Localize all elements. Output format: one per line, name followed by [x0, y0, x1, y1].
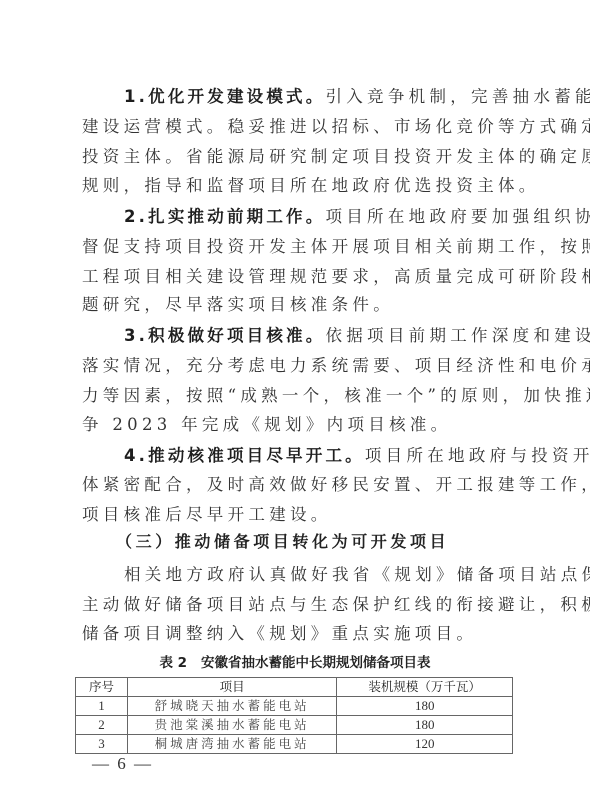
paragraph-4-line-1: 4.推动核准项目尽早开工。项目所在地政府与投资开发主 — [124, 444, 554, 468]
paragraph-2-line-4: 题研究，尽早落实项目核准条件。 — [82, 293, 512, 317]
paragraph-2-heading: 2.扎实推动前期工作。 — [124, 207, 325, 226]
paragraph-4-line-2: 体紧密配合，及时高效做好移民安置、开工报建等工作，确保 — [82, 473, 512, 497]
header-index: 序号 — [76, 678, 128, 697]
paragraph-1-line-3: 投资主体。省能源局研究制定项目投资开发主体的确定原则及 — [82, 145, 512, 169]
cell-capacity: 120 — [337, 735, 513, 754]
cell-capacity: 180 — [337, 716, 513, 735]
paragraph-1-line-4: 规则，指导和监督项目所在地政府优选投资主体。 — [82, 174, 512, 198]
document-page: 1.优化开发建设模式。引入竞争机制，完善抽水蓄能电站 建设运营模式。稳妥推进以招… — [0, 0, 590, 800]
cell-index: 1 — [76, 697, 128, 716]
section-heading: （三）推动储备项目转化为可开发项目 — [116, 530, 449, 554]
section-paragraph-line-2: 主动做好储备项目站点与生态保护红线的衔接避让，积极推动 — [82, 593, 512, 617]
paragraph-3-heading: 3.积极做好项目核准。 — [124, 326, 325, 345]
paragraph-2-line-2: 督促支持项目投资开发主体开展项目相关前期工作，按照水电 — [82, 235, 512, 259]
table-caption: 表 2安徽省抽水蓄能中长期规划储备项目表 — [0, 653, 590, 673]
reserve-projects-table: 序号 项目 装机规模（万千瓦） 1 舒城晓天抽水蓄能电站 180 2 贵池棠溪抽… — [75, 677, 513, 754]
paragraph-1-line-2: 建设运营模式。稳妥推进以招标、市场化竞价等方式确定项目 — [82, 115, 512, 139]
cell-project: 贵池棠溪抽水蓄能电站 — [127, 716, 336, 735]
cell-index: 2 — [76, 716, 128, 735]
paragraph-3-line-3: 力等因素，按照“成熟一个，核准一个”的原则，加快推进，力 — [82, 384, 512, 408]
table-row: 3 桐城唐湾抽水蓄能电站 120 — [76, 735, 513, 754]
cell-project: 桐城唐湾抽水蓄能电站 — [127, 735, 336, 754]
section-paragraph-line-3: 储备项目调整纳入《规划》重点实施项目。 — [82, 622, 512, 646]
table-label: 表 2 — [159, 655, 187, 671]
table-row: 1 舒城晓天抽水蓄能电站 180 — [76, 697, 513, 716]
paragraph-1-heading: 1.优化开发建设模式。 — [124, 87, 325, 106]
cell-capacity: 180 — [337, 697, 513, 716]
paragraph-1-line-1: 1.优化开发建设模式。引入竞争机制，完善抽水蓄能电站 — [124, 85, 554, 109]
paragraph-3-line-2: 落实情况，充分考虑电力系统需要、项目经济性和电价承受能 — [82, 354, 512, 378]
paragraph-4-heading: 4.推动核准项目尽早开工。 — [124, 446, 365, 465]
header-capacity: 装机规模（万千瓦） — [337, 678, 513, 697]
paragraph-3-line-4: 争 2023 年完成《规划》内项目核准。 — [82, 413, 512, 437]
cell-project: 舒城晓天抽水蓄能电站 — [127, 697, 336, 716]
page-number: — 6 — — [92, 754, 153, 774]
paragraph-2-line-3: 工程项目相关建设管理规范要求，高质量完成可研阶段相关专 — [82, 265, 512, 289]
section-paragraph-line-1: 相关地方政府认真做好我省《规划》储备项目站点保护， — [124, 563, 554, 587]
paragraph-4-line-3: 项目核准后尽早开工建设。 — [82, 503, 512, 527]
table-title: 安徽省抽水蓄能中长期规划储备项目表 — [201, 655, 431, 671]
header-project: 项目 — [127, 678, 336, 697]
paragraph-3-line-1: 3.积极做好项目核准。依据项目前期工作深度和建设条件 — [124, 324, 554, 348]
cell-index: 3 — [76, 735, 128, 754]
table-header-row: 序号 项目 装机规模（万千瓦） — [76, 678, 513, 697]
paragraph-2-line-1: 2.扎实推动前期工作。项目所在地政府要加强组织协调， — [124, 205, 554, 229]
table-row: 2 贵池棠溪抽水蓄能电站 180 — [76, 716, 513, 735]
